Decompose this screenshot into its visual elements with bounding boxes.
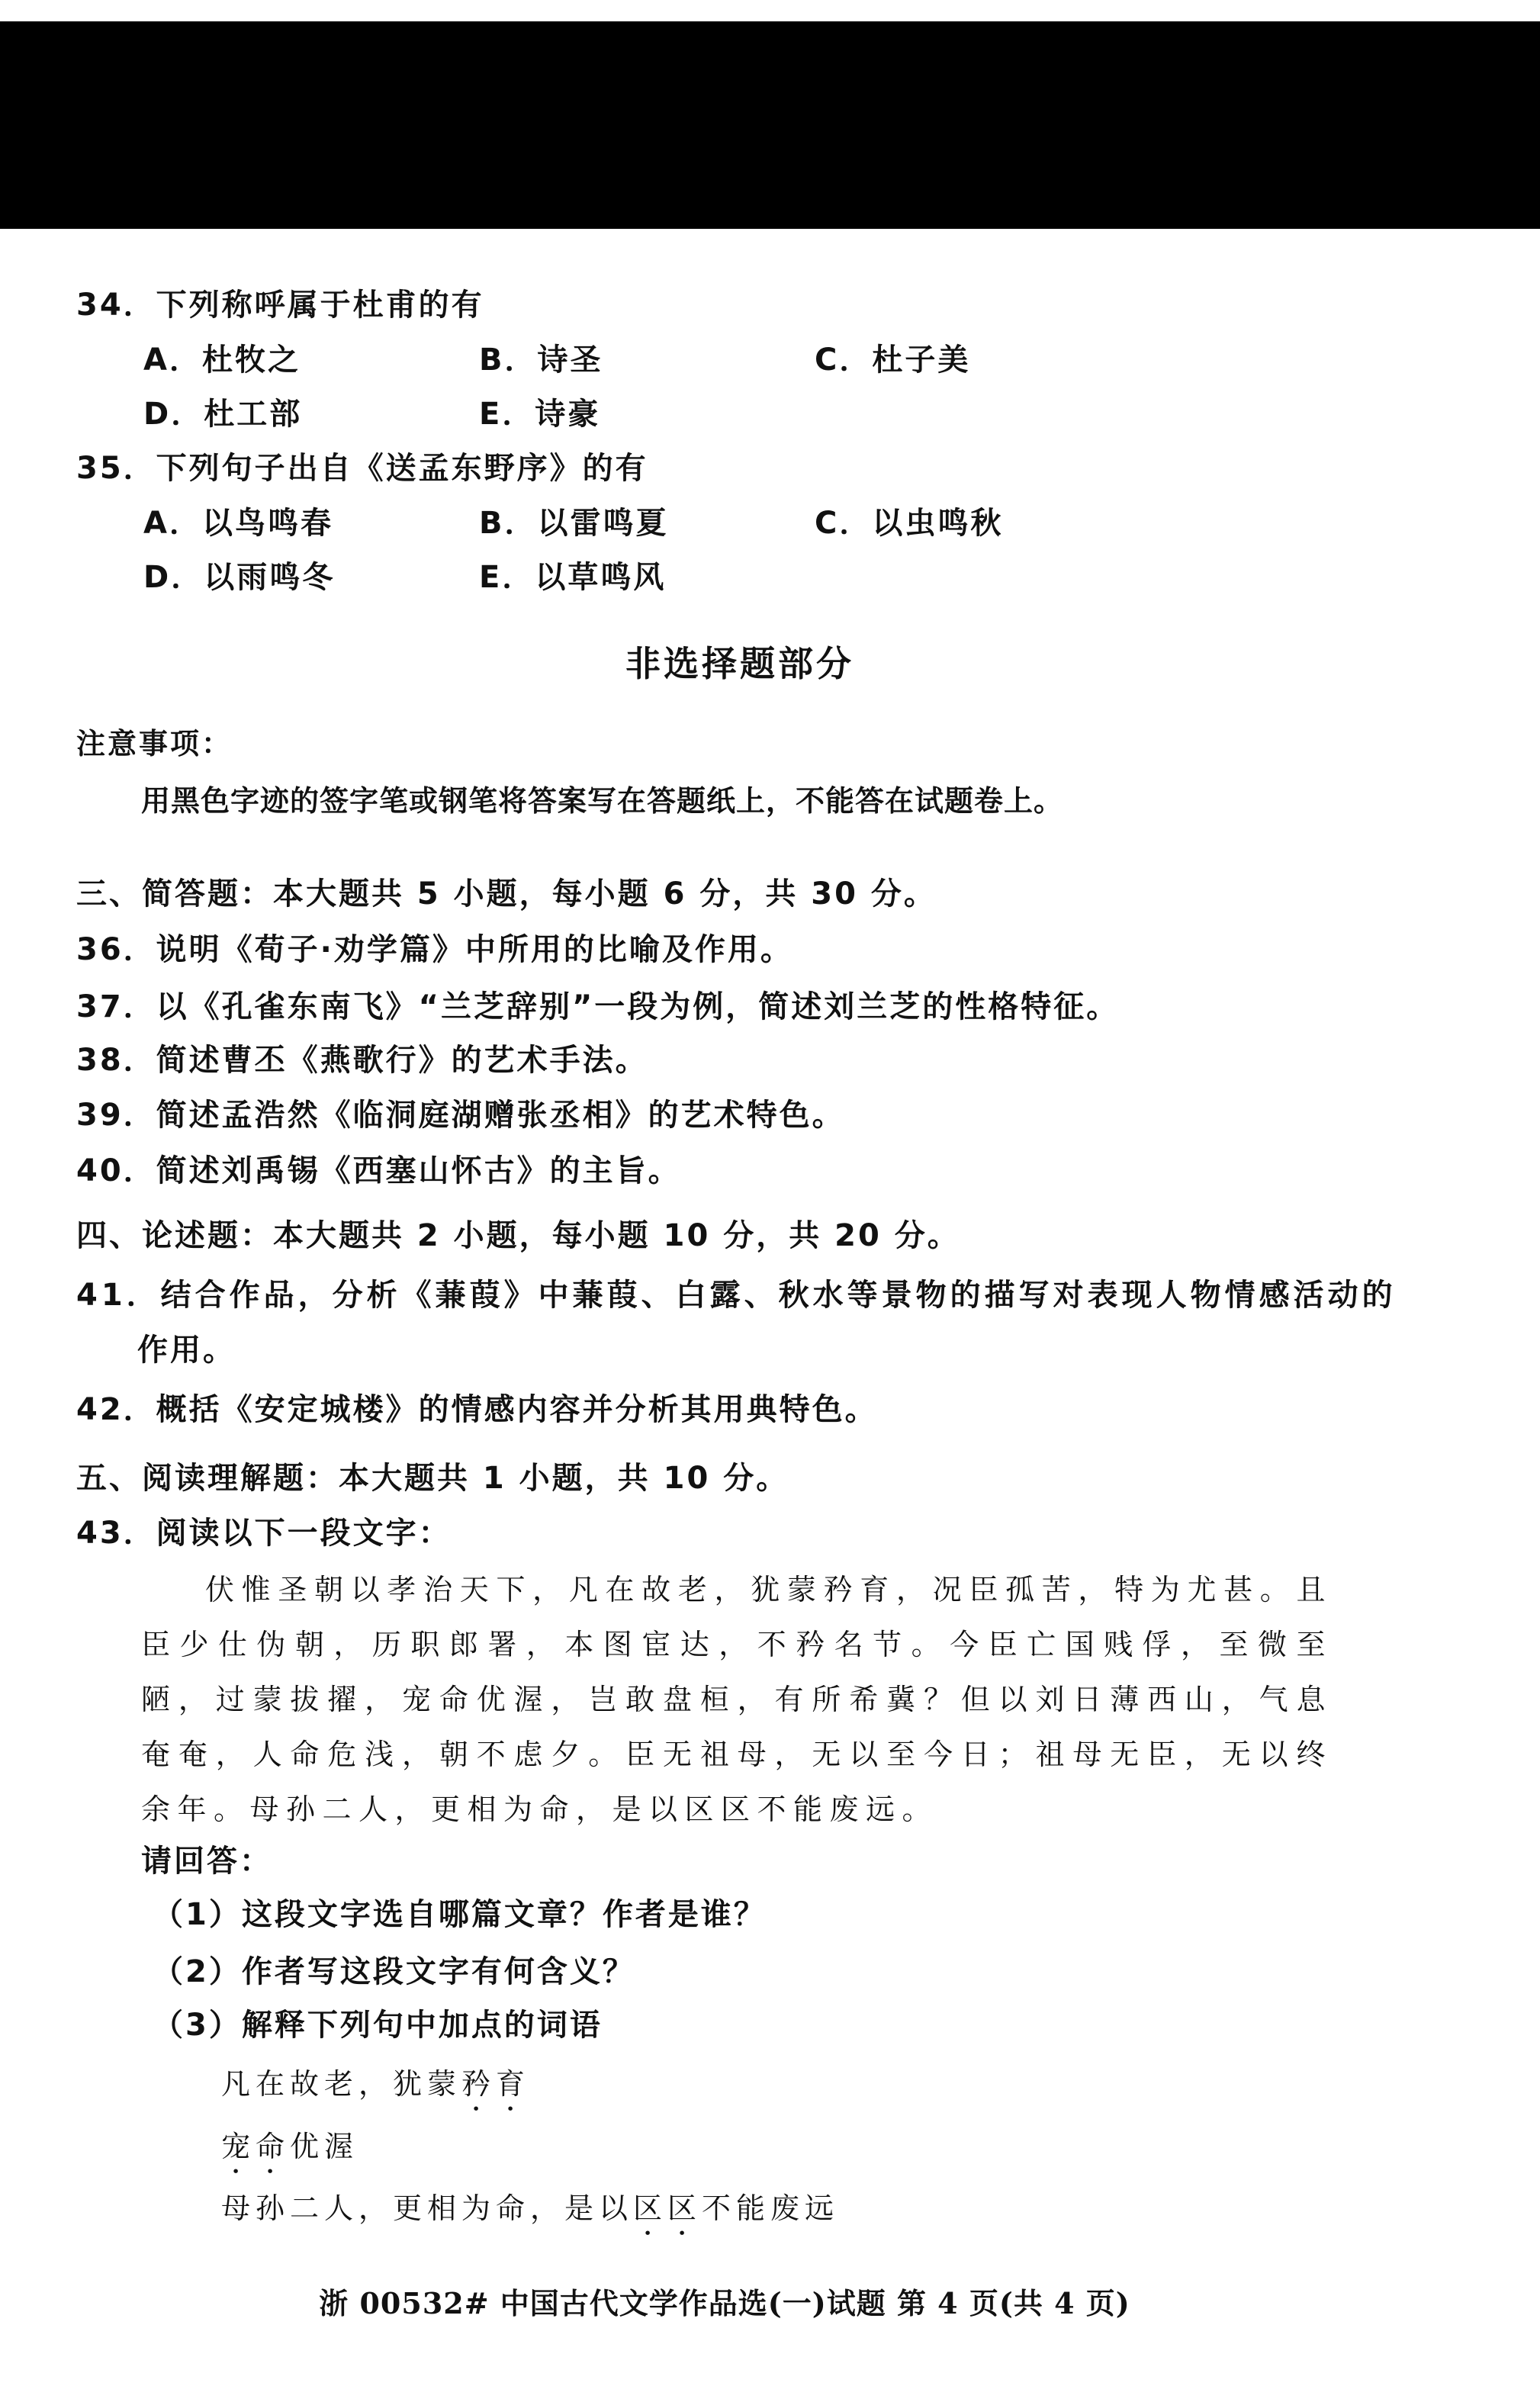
part-heading: 非选择题部分 [0, 642, 1480, 685]
question-36: 36．说明《荀子·劝学篇》中所用的比喻及作用。 [76, 931, 793, 968]
subquestion-2: （2）作者写这段文字有何含义？ [153, 1953, 635, 1990]
question-40: 40．简述刘禹锡《西塞山怀古》的主旨。 [76, 1153, 681, 1189]
option-label: C． [815, 506, 872, 541]
option-label: B． [479, 342, 538, 378]
option-text: 诗豪 [535, 397, 600, 432]
dotted-word: 矜育 [461, 2067, 530, 2101]
question-38: 38．简述曹丕《燕歌行》的艺术手法。 [76, 1042, 648, 1079]
question-39: 39．简述孟浩然《临洞庭湖赠张丞相》的艺术特色。 [76, 1097, 845, 1134]
phrase-3: 母孙二人，更相为命，是以区区不能废远 [221, 2190, 839, 2242]
dotted-word: 区区 [633, 2191, 702, 2225]
option-label: E． [479, 560, 535, 595]
question-text: 简述曹丕《燕歌行》的艺术手法。 [156, 1043, 648, 1078]
subquestion-label: （2） [153, 1954, 242, 1989]
redaction-bar [0, 21, 1540, 229]
question-stem: 下列称呼属于杜甫的有 [156, 288, 484, 323]
option-text: 以雨鸣冬 [204, 560, 335, 595]
option-text: 杜工部 [204, 397, 302, 432]
option-text: 以雷鸣夏 [538, 506, 669, 541]
question-number: 36． [76, 932, 156, 967]
question-42: 42．概括《安定城楼》的情感内容并分析其用典特色。 [76, 1391, 878, 1428]
question-35: 35．下列句子出自《送孟东野序》的有 [76, 450, 648, 487]
question-number: 34． [76, 287, 156, 323]
option-a: A．以鸟鸣春 [143, 505, 333, 542]
section-4-title: 四、论述题：本大题共 2 小题，每小题 10 分，共 20 分。 [76, 1217, 960, 1254]
option-label: E． [479, 397, 535, 432]
subquestion-text: 这段文字选自哪篇文章？作者是谁？ [242, 1897, 767, 1932]
dotted-word: 宠命 [221, 2130, 290, 2163]
notes-text: 用黑色字迹的签字笔或钢笔将答案写在答题纸上，不能答在试题卷上。 [141, 783, 1063, 819]
option-a: A．杜牧之 [143, 342, 301, 378]
option-label: D． [143, 560, 204, 595]
option-d: D．杜工部 [143, 396, 302, 433]
option-text: 以虫鸣秋 [872, 506, 1003, 541]
option-label: A． [143, 342, 202, 378]
option-text: 以草鸣风 [535, 560, 666, 595]
question-number: 41． [76, 1278, 161, 1313]
subquestion-1: （1）这段文字选自哪篇文章？作者是谁？ [153, 1896, 767, 1933]
subquestion-3: （3）解释下列句中加点的词语 [153, 2007, 603, 2044]
option-b: B．以雷鸣夏 [479, 505, 669, 542]
answer-prompt: 请回答： [141, 1843, 272, 1880]
question-text: 简述刘禹锡《西塞山怀古》的主旨。 [156, 1153, 681, 1188]
question-stem: 下列句子出自《送孟东野序》的有 [156, 451, 648, 486]
option-text: 杜牧之 [202, 342, 301, 378]
section-3-title: 三、简答题：本大题共 5 小题，每小题 6 分，共 30 分。 [76, 876, 937, 912]
phrase-text: 母孙二人，更相为命，是以 [221, 2191, 633, 2225]
option-e: E．诗豪 [479, 396, 600, 433]
subquestion-text: 作者写这段文字有何含义？ [242, 1954, 635, 1989]
question-number: 39． [76, 1098, 156, 1133]
option-b: B．诗圣 [479, 342, 603, 378]
subquestion-label: （1） [153, 1897, 242, 1932]
question-stem: 阅读以下一段文字： [156, 1516, 452, 1551]
option-label: A． [143, 506, 202, 541]
question-43: 43．阅读以下一段文字： [76, 1515, 452, 1552]
option-c: C．杜子美 [815, 342, 970, 378]
question-34: 34．下列称呼属于杜甫的有 [76, 287, 484, 323]
option-c: C．以虫鸣秋 [815, 505, 1003, 542]
section-5-title: 五、阅读理解题：本大题共 1 小题，共 10 分。 [76, 1460, 789, 1497]
question-text: 简述孟浩然《临洞庭湖赠张丞相》的艺术特色。 [156, 1098, 845, 1133]
option-label: D． [143, 397, 204, 432]
page-footer: 浙 00532# 中国古代文学作品选(一)试题 第 4 页(共 4 页) [0, 2285, 1449, 2322]
question-text: 以《孔雀东南飞》“兰芝辞别”一段为例，简述刘兰芝的性格特征。 [156, 989, 1120, 1024]
question-37: 37．以《孔雀东南飞》“兰芝辞别”一段为例，简述刘兰芝的性格特征。 [76, 989, 1119, 1025]
question-number: 40． [76, 1153, 156, 1188]
question-number: 43． [76, 1516, 156, 1551]
option-label: C． [815, 342, 872, 378]
question-41-continuation: 作用。 [137, 1332, 236, 1368]
question-number: 42． [76, 1392, 156, 1427]
option-text: 诗圣 [538, 342, 603, 378]
question-text: 概括《安定城楼》的情感内容并分析其用典特色。 [156, 1392, 878, 1427]
question-number: 37． [76, 989, 156, 1024]
option-label: B． [479, 506, 538, 541]
reading-passage: 伏惟圣朝以孝治天下，凡在故老，犹蒙矜育，况臣孤苦，特为尤甚。且臣少仕伪朝，历职郎… [141, 1562, 1333, 1837]
option-d: D．以雨鸣冬 [143, 559, 335, 596]
subquestion-label: （3） [153, 2008, 242, 2043]
phrase-text: 不能废远 [702, 2191, 839, 2225]
option-text: 杜子美 [872, 342, 970, 378]
notes-label: 注意事项： [76, 725, 233, 762]
subquestion-text: 解释下列句中加点的词语 [242, 2008, 603, 2043]
option-e: E．以草鸣风 [479, 559, 666, 596]
option-text: 以鸟鸣春 [202, 506, 333, 541]
phrase-2: 宠命优渥 [221, 2128, 358, 2180]
question-text: 说明《荀子·劝学篇》中所用的比喻及作用。 [156, 932, 793, 967]
question-number: 38． [76, 1043, 156, 1078]
question-text: 结合作品，分析《蒹葭》中蒹葭、白露、秋水等景物的描写对表现人物情感活动的 [161, 1278, 1397, 1313]
question-number: 35． [76, 450, 156, 487]
question-41: 41．结合作品，分析《蒹葭》中蒹葭、白露、秋水等景物的描写对表现人物情感活动的 [76, 1277, 1397, 1314]
phrase-text: 凡在故老，犹蒙 [221, 2067, 461, 2101]
phrase-text: 优渥 [290, 2130, 358, 2163]
phrase-1: 凡在故老，犹蒙矜育 [221, 2066, 530, 2117]
